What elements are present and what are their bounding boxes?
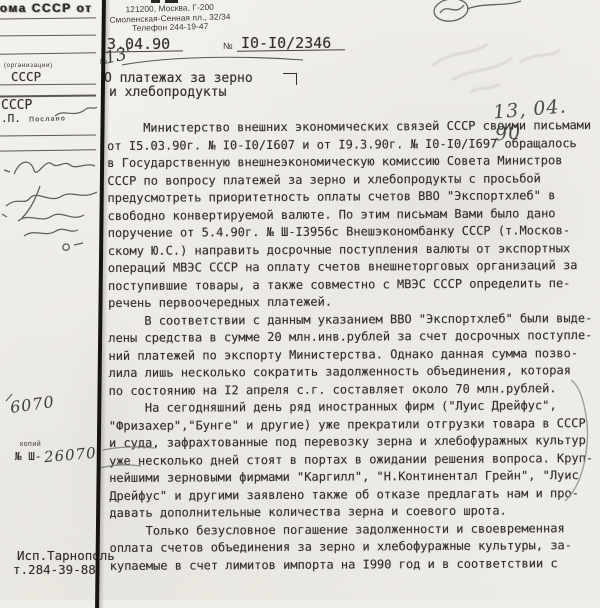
- body-line: поступившие товары, а также совместно с …: [108, 274, 600, 295]
- subject-line2: и хлебопродукты: [109, 85, 226, 100]
- copy-label: копий: [20, 441, 41, 448]
- margin-stamp-top-line: ома СССР от: [0, 1, 93, 15]
- margin-org-label: (организации): [4, 62, 53, 69]
- no-symbol: №: [223, 41, 233, 51]
- margin-sent-stamp: Послано: [29, 115, 66, 123]
- body-line: Дрейфус" и другими заявлено также об отк…: [109, 484, 600, 505]
- letterhead-address: 121200, Москва, Г-200 Смоленская-Сенная …: [108, 2, 233, 34]
- margin-rule: [0, 17, 96, 20]
- body-line: лены средства в сумме 20 млн.инв.рублей …: [108, 327, 600, 348]
- body-line: оплата счетов объединения за зерно и хле…: [110, 537, 600, 558]
- handwritten-underline: [122, 57, 303, 65]
- margin-rule: [0, 149, 96, 152]
- body-line: На сегодняшний день ряд иностранных фирм…: [109, 397, 600, 418]
- body-line: предусмотреть приоритетность оплаты счет…: [107, 187, 600, 208]
- body-line: и суда, зафрахтованные под перевозку зер…: [109, 432, 600, 453]
- body-line: лила лишь несколько сократить задолженно…: [108, 362, 600, 383]
- executor-phone: т.284-39-88: [13, 562, 96, 577]
- signature-scribbles: [2, 162, 97, 250]
- body-line: нейшими зерновыми фирмами "Каргилл", "Н.…: [109, 467, 600, 488]
- letter-body: Министерство внешних экономических связе…: [107, 117, 600, 575]
- faint-stamp: [432, 44, 560, 92]
- margin-rule: [0, 52, 96, 55]
- margin-rule: [0, 35, 96, 37]
- margin-rule: [0, 94, 96, 97]
- copy-number-prefix: № Ш-: [15, 450, 42, 463]
- body-line: поручение от 5.4.90г. № Ш-I3956с Внешэко…: [108, 222, 600, 243]
- margin-rule: [0, 134, 96, 136]
- margin-ussr-1: СССР: [11, 69, 41, 84]
- scanned-letter-page: ома СССР от (организации) СССР СССР .П. …: [0, 0, 600, 600]
- subject-line1: О платежах за зерно: [104, 71, 253, 86]
- margin-p-label: .П.: [1, 112, 21, 125]
- handwritten-margin-number: 6070: [9, 392, 56, 417]
- circled-pen-mark: [433, 0, 521, 23]
- margin-rule: [0, 84, 96, 86]
- body-line: операций МВЭС СССР на оплату счетов внеш…: [108, 257, 600, 278]
- address-corner-mark: [283, 73, 297, 85]
- margin-ussr-2: СССР: [1, 98, 32, 113]
- body-line: купаемые в счет лимитов импорта на I990 …: [110, 554, 600, 575]
- body-line: в Государственную внешнеэкономическую ко…: [107, 152, 600, 173]
